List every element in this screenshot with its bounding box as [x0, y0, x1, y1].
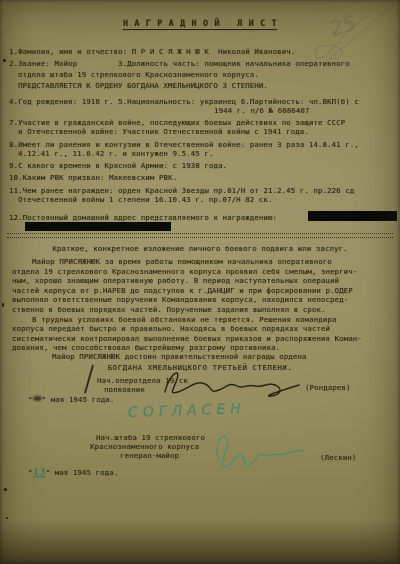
- form-line-name: 1.Фамилия, имя и отчество: П Р И С Я Ж Н…: [9, 47, 295, 56]
- citation-line: систематически контролировал выполнение …: [12, 334, 362, 343]
- form-line-army-since: 9.С какого времени в Красной Армии: с 19…: [9, 161, 227, 170]
- dotted-separator: [7, 233, 393, 238]
- signer2-position: Нач.штаба 19 стрелкового: [96, 433, 205, 442]
- form-line-war-participation: 7.Участие в гражданской войне, последующ…: [9, 118, 345, 127]
- document-title: Н А Г Р А Д Н О Й Л И С Т: [0, 19, 400, 29]
- redaction-bar: [308, 211, 397, 221]
- dust-speck: [3, 59, 6, 62]
- form-line-home-address: 12.Постоянный домашний адрес представляе…: [9, 213, 277, 222]
- dust-speck: [2, 303, 4, 307]
- dust-speck: [4, 488, 7, 491]
- ink-smudge: [33, 396, 42, 401]
- form-line-rank-duty: 2.Звание: Майор 3.Должность часть: помощ…: [9, 59, 350, 68]
- citation-line: Майор ПРИСЯЖНЮК за время работы помощник…: [32, 257, 332, 266]
- citation-line: отдела 19 стрелкового Краснознаменного к…: [12, 267, 357, 276]
- form-line-drafted-by: 10.Каким РВК призван: Макеевским РВК.: [9, 173, 177, 182]
- signer2-rank: генерал-майор: [120, 451, 179, 460]
- form-line-prev-awards: 11.Чем ранее награжден: орден Красной Зв…: [9, 186, 354, 195]
- form-line-birth-nationality-party: 4.Год рождения: 1918 г. 5.Национальность…: [9, 97, 359, 106]
- form-line-prev-awards-2: Отечественной войны 1 степени 16.10.43 г…: [18, 195, 272, 204]
- citation-line: выполнял ответственные поручения Командо…: [12, 295, 348, 304]
- agreed-handwriting: СОГЛАСЕН: [128, 401, 246, 421]
- redaction-bar: [25, 222, 171, 231]
- signer1-signature-ink: [155, 362, 305, 402]
- form-line-party-card: 1944 г. п/б № 6086407: [214, 106, 309, 115]
- form-line-unit: отдела штаба 19 стрелкового Краснознамен…: [18, 70, 259, 79]
- citation-caption: Краткое, конкретное изложение личного бо…: [0, 244, 400, 253]
- citation-line: ственно в боевых порядках частей. Поруче…: [12, 305, 325, 314]
- form-line-war-participation-2: и Отечественной войне: Участник Отечеств…: [18, 127, 309, 136]
- citation-line: корпуса передает быстро и правильно. Нах…: [12, 324, 330, 333]
- signer2-position-2: Краснознаменного корпуса: [90, 442, 199, 451]
- dust-speck: [6, 517, 8, 519]
- citation-line: частей корпуса от р.НАРЕВ до подступов к…: [12, 286, 353, 295]
- award-sheet-scan: 25 Н А Г Р А Д Н О Й Л И С Т 1.Фамилия, …: [0, 0, 400, 564]
- handwritten-day: 13: [33, 467, 46, 478]
- form-line-nominated-order: ПРЕДСТАВЛЯЕТСЯ К ОРДЕНУ БОГДАНА ХМЕЛЬНИЦ…: [18, 81, 268, 90]
- form-line-wounds: 8.Имеет ли ранения и контузии в Отечеств…: [9, 140, 359, 149]
- conclusion-line: Майор ПРИСЯЖНЮК достоин правительственно…: [52, 352, 306, 361]
- citation-line: В трудных условиях боевой обстановки не …: [32, 315, 336, 324]
- citation-line: ным, хорошо знающим оперативную работу. …: [12, 276, 339, 285]
- signer1-rank: полковник: [104, 385, 145, 394]
- citation-line: дования, чем способствовал быстрейшему р…: [12, 343, 280, 352]
- signer1-surname: (Рондарев): [305, 383, 350, 392]
- date-rest: " мая 1945 года.: [46, 468, 119, 477]
- signer2-date: "13" мая 1945 года.: [28, 467, 118, 478]
- signer2-signature-ink: [205, 425, 313, 477]
- form-line-wounds-2: 4.12.41 г., 11.8.42 г. и контужен 9.5.45…: [18, 149, 213, 158]
- signer2-surname: (Лескин): [320, 453, 356, 462]
